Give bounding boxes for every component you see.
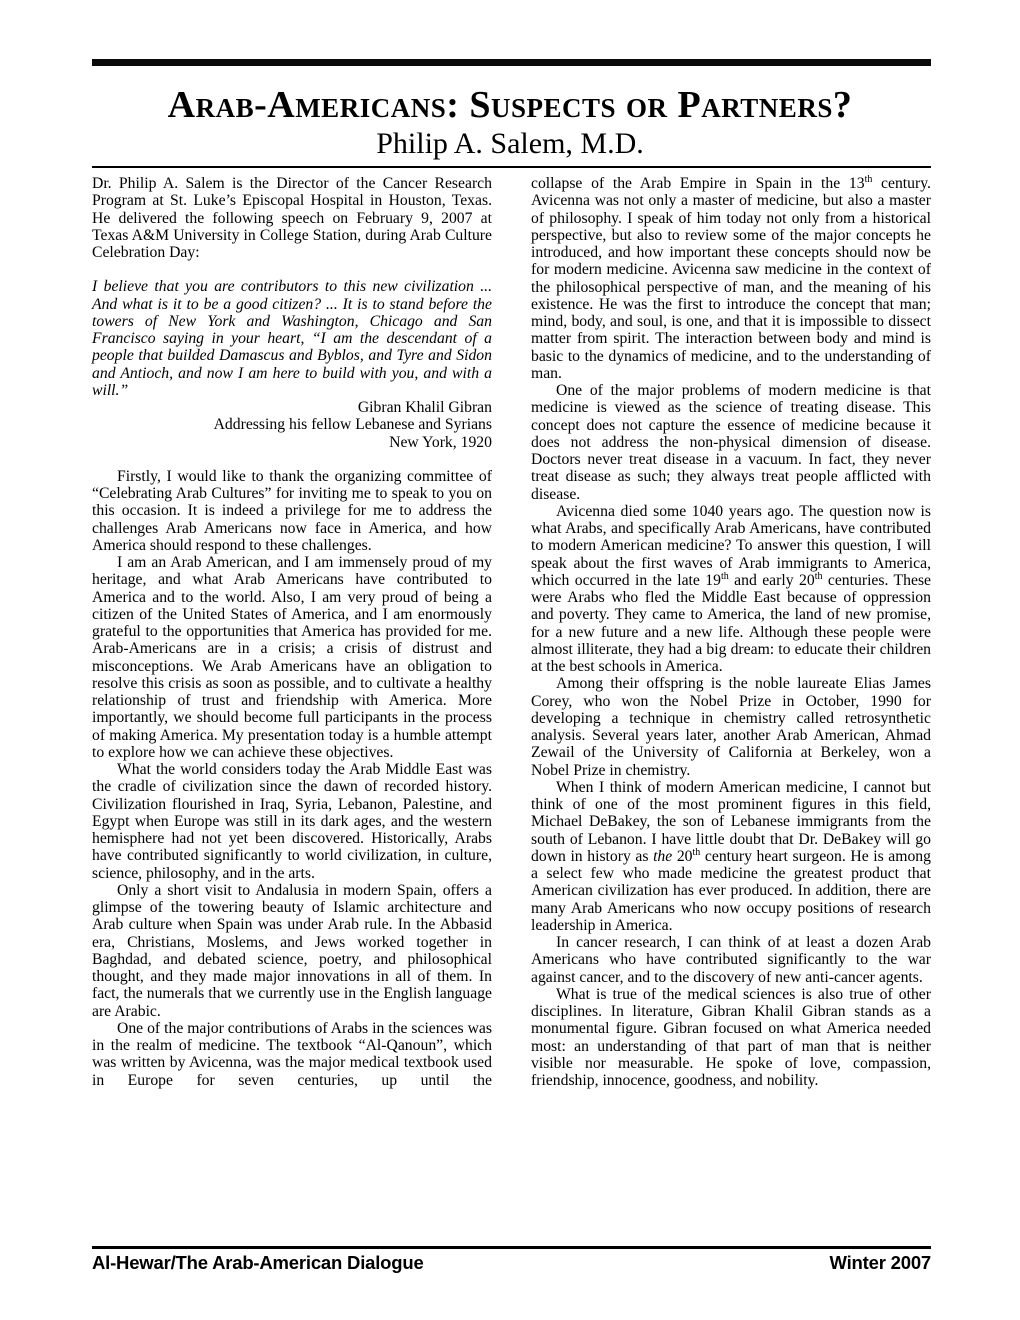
quote-attribution-line: Gibran Khalil Gibran <box>92 399 492 416</box>
quote-attribution-line: Addressing his fellow Lebanese and Syria… <box>92 416 492 433</box>
document-page: Arab-Americans: Suspects or Partners? Ph… <box>0 0 1020 1320</box>
paragraph: Among their offspring is the noble laure… <box>531 675 931 779</box>
paragraph: What the world considers today the Arab … <box>92 761 492 882</box>
paragraph: One of the major problems of modern medi… <box>531 382 931 503</box>
article-byline: Philip A. Salem, M.D. <box>0 126 1020 162</box>
page-footer: Al-Hewar/The Arab-American Dialogue Wint… <box>92 1252 931 1274</box>
paragraph: Firstly, I would like to thank the organ… <box>92 468 492 554</box>
quote-attribution-line: New York, 1920 <box>92 434 492 451</box>
footer-issue: Winter 2007 <box>830 1252 931 1274</box>
footer-divider <box>92 1246 931 1249</box>
column-left: Dr. Philip A. Salem is the Director of t… <box>92 175 492 1089</box>
top-divider <box>92 59 931 66</box>
header-divider <box>92 166 931 168</box>
quote-block: I believe that you are contributors to t… <box>92 278 492 399</box>
paragraph: In cancer research, I can think of at le… <box>531 934 931 986</box>
paragraph: I am an Arab American, and I am immensel… <box>92 554 492 761</box>
paragraph: Avicenna died some 1040 years ago. The q… <box>531 503 931 676</box>
article-body: Dr. Philip A. Salem is the Director of t… <box>92 175 931 1089</box>
intro-paragraph: Dr. Philip A. Salem is the Director of t… <box>92 175 492 261</box>
paragraph: When I think of modern American medicine… <box>531 779 931 934</box>
column-right: collapse of the Arab Empire in Spain in … <box>531 175 931 1089</box>
paragraph: Only a short visit to Andalusia in moder… <box>92 882 492 1020</box>
footer-journal-title: Al-Hewar/The Arab-American Dialogue <box>92 1252 424 1274</box>
paragraph: What is true of the medical sciences is … <box>531 986 931 1090</box>
article-title: Arab-Americans: Suspects or Partners? <box>0 84 1020 126</box>
paragraph: One of the major contributions of Arabs … <box>92 1020 492 1089</box>
paragraph: collapse of the Arab Empire in Spain in … <box>531 175 931 382</box>
